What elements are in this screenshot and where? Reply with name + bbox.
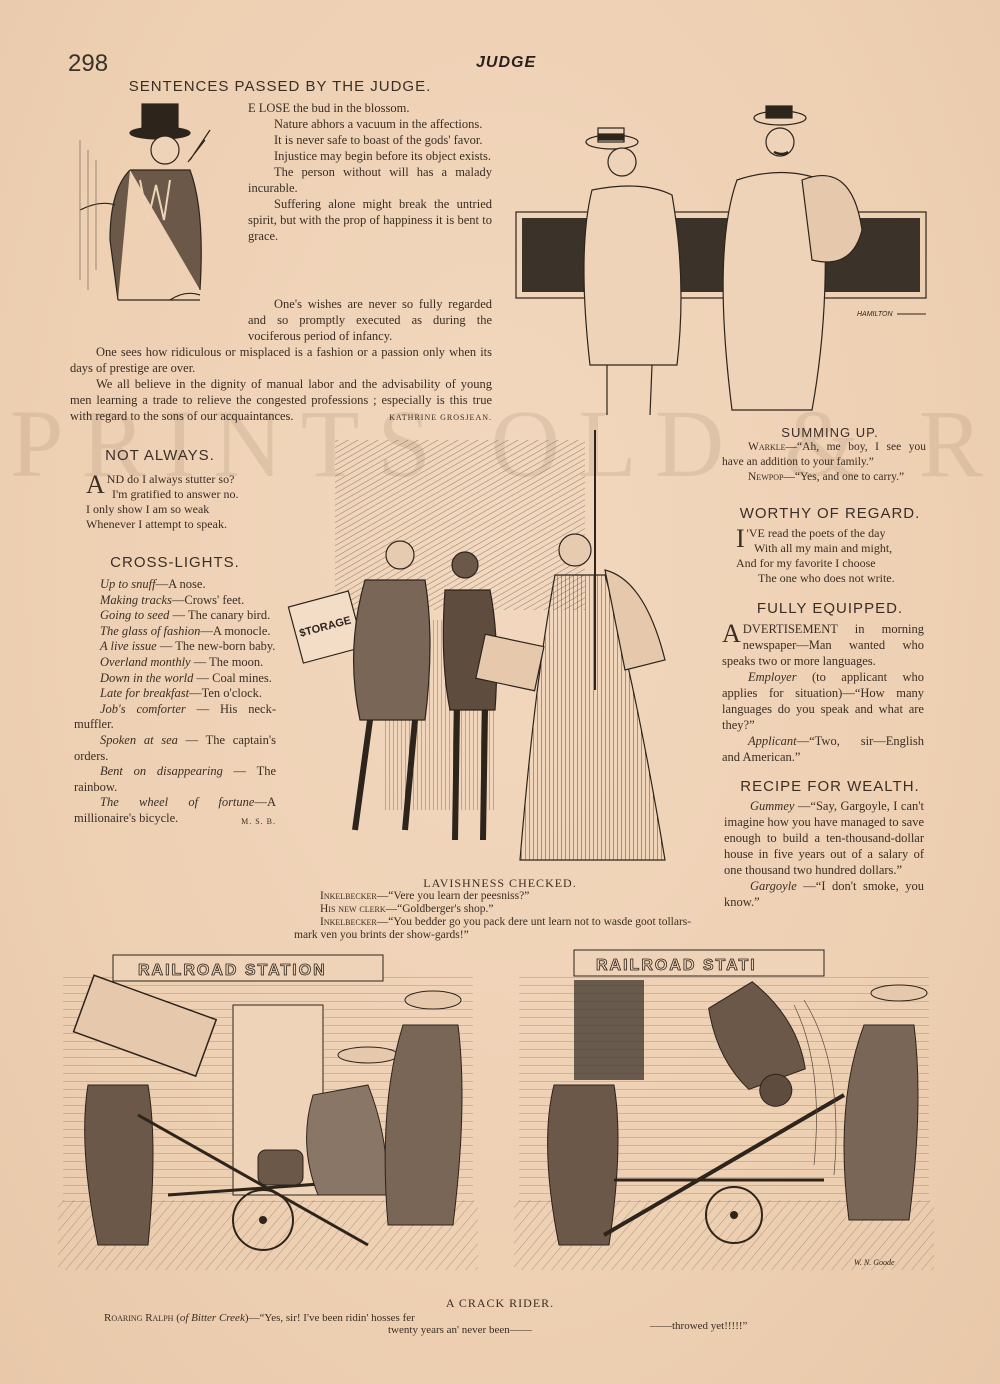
dropcap: A	[86, 474, 105, 496]
summing-up-illustration: HAMILTON	[512, 100, 937, 420]
summing-up-title: SUMMING UP.	[722, 425, 938, 440]
list-item: Spoken at sea — The captain's orders.	[74, 733, 276, 764]
sentences-title: SENTENCES PASSED BY THE JUDGE.	[120, 78, 440, 95]
sentence-3: It is never safe to boast of the gods' f…	[248, 132, 492, 148]
dialog-line: Employer (to applicant who applies for s…	[722, 669, 924, 733]
list-item: Making tracks—Crows' feet.	[74, 593, 276, 609]
poem-line: And for my favorite I choose	[736, 556, 936, 571]
advert-text: ADVERTISEMENT in morning newspaper—Man w…	[722, 621, 924, 669]
crack-rider-line-2: twenty years an' never been——	[388, 1324, 532, 1337]
dialog-line: Applicant—“Two, sir—English and American…	[722, 733, 924, 765]
sentence-2: Nature abhors a vacuum in the affections…	[248, 116, 492, 132]
not-always-poem: AND do I always stutter so? I'm gratifie…	[86, 472, 286, 532]
list-item: Overland monthly — The moon.	[74, 655, 276, 671]
poem-line: I only show I am so weak	[86, 502, 286, 517]
masthead: JUDGE	[476, 54, 536, 72]
page-number: 298	[68, 50, 108, 78]
list-item: Going to seed — The canary bird.	[74, 608, 276, 624]
dialog-line: Gargoyle —“I don't smoke, you know.”	[724, 878, 924, 910]
top-hat-man-illustration	[70, 100, 220, 310]
poem-line: The one who does not write.	[736, 571, 936, 586]
list-item: The wheel of fortune—A millionaire's bic…	[74, 795, 276, 826]
poem-line: I'm gratified to answer no.	[86, 487, 286, 502]
sentence-1: E LOSE the bud in the blossom.	[248, 100, 492, 116]
poem-line: With all my main and might,	[736, 541, 936, 556]
sentence-5: The person without will has a malady inc…	[248, 164, 492, 196]
railroad-station-sign: RAILROAD STATI	[596, 957, 757, 974]
lavishness-checked-title: LAVISHNESS CHECKED.	[290, 876, 710, 891]
dialog-line: Gummey —“Say, Gargoyle, I can't imagine …	[724, 798, 924, 878]
crack-rider-panel-2-illustration: RAILROAD STATI W. N. Goode	[514, 945, 944, 1285]
poem-line: ND do I always stutter so?	[107, 472, 235, 486]
list-item: The glass of fashion—A monocle.	[74, 624, 276, 640]
crack-rider-line-3: ——throwed yet!!!!!”	[650, 1320, 747, 1333]
lavishness-checked-dialog: Inkelbecker—“Vere you learn der peesniss…	[294, 890, 704, 942]
lavishness-checked-illustration: $TORAGE	[285, 430, 705, 870]
crack-rider-panel-1-illustration: RAILROAD STATION	[58, 945, 488, 1285]
summing-up-dialog: Warkle—“Ah, me boy, I see you have an ad…	[722, 440, 926, 485]
sentence-4: Injustice may begin before its object ex…	[248, 148, 492, 164]
list-item: A live issue — The new-born baby.	[74, 639, 276, 655]
list-item: Up to snuff—A nose.	[74, 577, 276, 593]
dialog-line: His new clerk—“Goldberger's shop.”	[294, 903, 704, 916]
fully-equipped-title: FULLY EQUIPPED.	[722, 600, 938, 617]
dropcap: A	[722, 623, 741, 645]
cross-lights-title: CROSS-LIGHTS.	[70, 554, 280, 571]
illustrator-signature: W. N. Goode	[854, 1258, 895, 1267]
dialog-line: Inkelbecker—“Vere you learn der peesniss…	[294, 890, 704, 903]
sentence-7: One's wishes are never so fully regarded…	[70, 296, 492, 344]
list-item: Bent on disappearing — The rainbow.	[74, 764, 276, 795]
sentences-body-bottom: One's wishes are never so fully regarded…	[70, 296, 492, 426]
sentence-6: Suffering alone might break the untried …	[248, 196, 492, 244]
list-item: Late for breakfast—Ten o'clock.	[74, 686, 276, 702]
dialog-line: Inkelbecker—“You bedder go you pack dere…	[294, 916, 704, 942]
cross-lights-author: M. S. B.	[215, 814, 276, 830]
poem-line: 'VE read the poets of the day	[747, 526, 886, 540]
dialog-line: Warkle—“Ah, me boy, I see you have an ad…	[722, 440, 926, 470]
dialog-line: Newpop—“Yes, and one to carry.”	[722, 470, 926, 485]
recipe-for-wealth-title: RECIPE FOR WEALTH.	[722, 778, 938, 795]
fully-equipped-body: ADVERTISEMENT in morning newspaper—Man w…	[722, 621, 924, 765]
not-always-title: NOT ALWAYS.	[70, 447, 250, 464]
dropcap: I	[736, 528, 745, 550]
sentences-body-top: E LOSE the bud in the blossom. Nature ab…	[248, 100, 492, 244]
railroad-station-sign: RAILROAD STATION	[138, 962, 327, 979]
crack-rider-title: A CRACK RIDER.	[380, 1296, 620, 1311]
worthy-of-regard-title: WORTHY OF REGARD.	[722, 505, 938, 522]
illustrator-signature: HAMILTON	[857, 311, 893, 318]
cross-lights-list: Up to snuff—A nose. Making tracks—Crows'…	[74, 577, 276, 830]
recipe-for-wealth-body: Gummey —“Say, Gargoyle, I can't imagine …	[724, 798, 924, 910]
sentence-8: One sees how ridiculous or misplaced is …	[70, 344, 492, 376]
worthy-of-regard-poem: I'VE read the poets of the day With all …	[736, 526, 936, 586]
poem-line: Whenever I attempt to speak.	[86, 517, 286, 532]
crack-rider-line-1: Roaring Ralph (of Bitter Creek)—“Yes, si…	[104, 1312, 404, 1325]
list-item: Down in the world — Coal mines.	[74, 671, 276, 687]
list-item: Job's comforter — His neck-muffler.	[74, 702, 276, 733]
